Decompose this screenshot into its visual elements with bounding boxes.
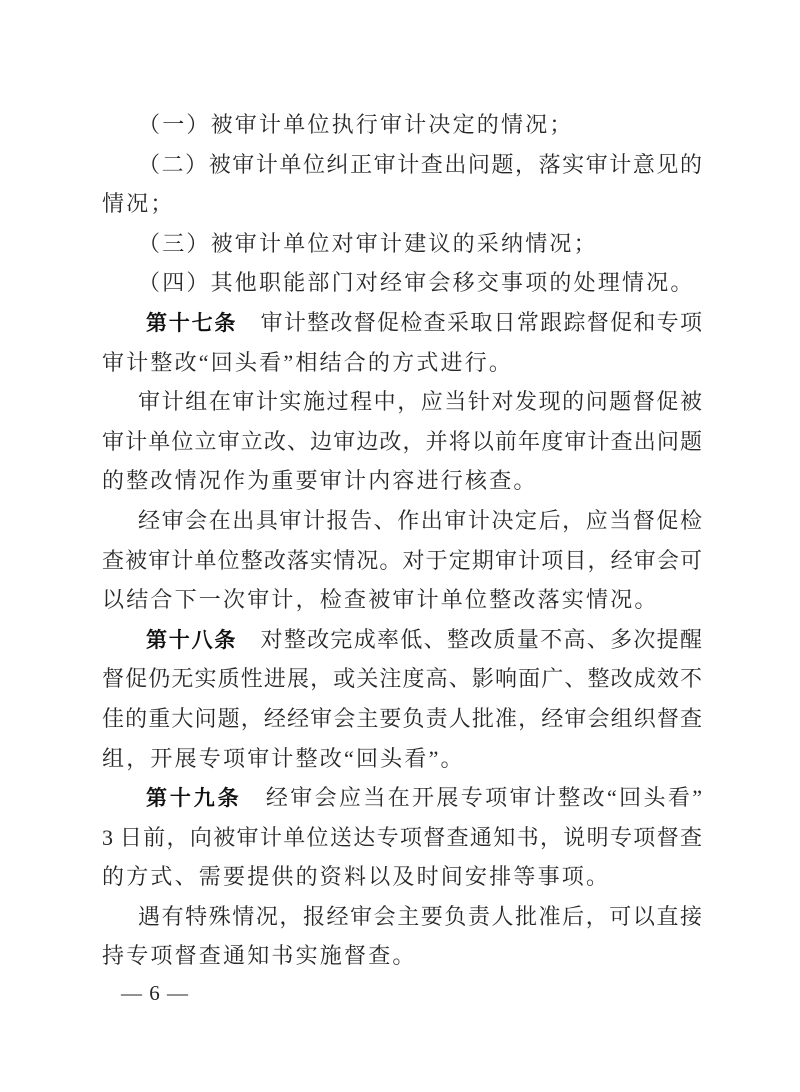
list-item-paragraph: （三）被审计单位对审计建议的采纳情况； <box>102 224 702 264</box>
article-paragraph: 第十八条 对整改完成率低、整改质量不高、多次提醒督促仍无实质性进展，或关注度高、… <box>102 620 702 778</box>
text-line: 的整改情况作为重要审计内容进行核查。 <box>102 461 702 501</box>
text-line: 督促仍无实质性进展，或关注度高、影响面广、整改成效不 <box>102 659 702 699</box>
line-text: （四）其他职能部门对经审会移交事项的处理情况。 <box>138 270 695 295</box>
text-line: 查被审计单位整改落实情况。对于定期审计项目，经审会可 <box>102 541 702 581</box>
line-text: 的方式、需要提供的资料以及时间安排等事项。 <box>102 864 610 889</box>
article-paragraph: 第十七条 审计整改督促检查采取日常跟踪督促和专项审计整改“回头看”相结合的方式进… <box>102 303 702 382</box>
body-paragraph: 遇有特殊情况，报经审会主要负责人批准后，可以直接持专项督查通知书实施督查。 <box>102 897 702 976</box>
text-line: （四）其他职能部门对经审会移交事项的处理情况。 <box>102 263 702 303</box>
line-text: 审计组在审计实施过程中，应当针对发现的问题督促被 <box>138 389 702 414</box>
line-text: 经审会应当在开展专项审计整改“回头看” <box>241 785 702 810</box>
text-line: （一）被审计单位执行审计决定的情况； <box>102 105 702 145</box>
text-line: 的方式、需要提供的资料以及时间安排等事项。 <box>102 857 702 897</box>
line-text: 查被审计单位整改落实情况。对于定期审计项目，经审会可 <box>102 548 702 573</box>
text-line: 持专项督查通知书实施督查。 <box>102 936 702 976</box>
line-text: 佳的重大问题，经经审会主要负责人批准，经审会组织督查 <box>102 706 702 731</box>
document-page: （一）被审计单位执行审计决定的情况；（二）被审计单位纠正审计查出问题，落实审计意… <box>0 0 800 1092</box>
line-text: 督促仍无实质性进展，或关注度高、影响面广、整改成效不 <box>102 666 702 691</box>
text-line: （三）被审计单位对审计建议的采纳情况； <box>102 224 702 264</box>
text-line: 佳的重大问题，经经审会主要负责人批准，经审会组织督查 <box>102 699 702 739</box>
body-paragraph: 经审会在出具审计报告、作出审计决定后，应当督促检查被审计单位整改落实情况。对于定… <box>102 501 702 620</box>
line-text: 3 日前，向被审计单位送达专项督查通知书，说明专项督查 <box>102 825 702 850</box>
body-paragraph: 审计组在审计实施过程中，应当针对发现的问题督促被审计单位立审立改、边审边改，并将… <box>102 382 702 501</box>
line-text: 遇有特殊情况，报经审会主要负责人批准后，可以直接 <box>138 904 702 929</box>
text-line: 组，开展专项审计整改“回头看”。 <box>102 739 702 779</box>
line-text: （一）被审计单位执行审计决定的情况； <box>138 112 574 137</box>
line-text: 审计整改“回头看”相结合的方式进行。 <box>102 350 513 375</box>
document-content: （一）被审计单位执行审计决定的情况；（二）被审计单位纠正审计查出问题，落实审计意… <box>102 105 702 976</box>
text-line: 以结合下一次审计，检查被审计单位整改落实情况。 <box>102 580 702 620</box>
line-text: 持专项督查通知书实施督查。 <box>102 943 417 968</box>
text-line: 遇有特殊情况，报经审会主要负责人批准后，可以直接 <box>102 897 702 937</box>
text-line: 3 日前，向被审计单位送达专项督查通知书，说明专项督查 <box>102 818 702 858</box>
list-item-paragraph: （四）其他职能部门对经审会移交事项的处理情况。 <box>102 263 702 303</box>
line-text: 审计整改督促检查采取日常跟踪督促和专项 <box>237 310 702 335</box>
line-text: 审计单位立审立改、边审边改，并将以前年度审计查出问题 <box>102 429 702 454</box>
line-text: 的整改情况作为重要审计内容进行核查。 <box>102 468 538 493</box>
line-text: 对整改完成率低、整改质量不高、多次提醒 <box>237 627 702 652</box>
line-text: 经审会在出具审计报告、作出审计决定后，应当督促检 <box>138 508 702 533</box>
text-line: 审计单位立审立改、边审边改，并将以前年度审计查出问题 <box>102 422 702 462</box>
text-line: 第十九条 经审会应当在开展专项审计整改“回头看” <box>102 778 702 818</box>
line-text: 以结合下一次审计，检查被审计单位整改落实情况。 <box>102 587 659 612</box>
text-line: 情况； <box>102 184 702 224</box>
text-line: （二）被审计单位纠正审计查出问题，落实审计意见的 <box>102 145 702 185</box>
line-text: 情况； <box>102 191 175 216</box>
line-text: （二）被审计单位纠正审计查出问题，落实审计意见的 <box>138 152 702 177</box>
text-line: 第十八条 对整改完成率低、整改质量不高、多次提醒 <box>102 620 702 660</box>
list-item-paragraph: （二）被审计单位纠正审计查出问题，落实审计意见的情况； <box>102 145 702 224</box>
line-text: 组，开展专项审计整改“回头看”。 <box>102 746 465 771</box>
article-number-label: 第十八条 <box>146 629 237 652</box>
article-paragraph: 第十九条 经审会应当在开展专项审计整改“回头看”3 日前，向被审计单位送达专项督… <box>102 778 702 897</box>
text-line: 第十七条 审计整改督促检查采取日常跟踪督促和专项 <box>102 303 702 343</box>
text-line: 审计整改“回头看”相结合的方式进行。 <box>102 343 702 383</box>
article-number-label: 第十九条 <box>146 787 241 810</box>
line-text: （三）被审计单位对审计建议的采纳情况； <box>138 231 598 256</box>
text-line: 审计组在审计实施过程中，应当针对发现的问题督促被 <box>102 382 702 422</box>
page-number: — 6 — <box>121 978 189 1008</box>
text-line: 经审会在出具审计报告、作出审计决定后，应当督促检 <box>102 501 702 541</box>
list-item-paragraph: （一）被审计单位执行审计决定的情况； <box>102 105 702 145</box>
article-number-label: 第十七条 <box>146 312 237 335</box>
